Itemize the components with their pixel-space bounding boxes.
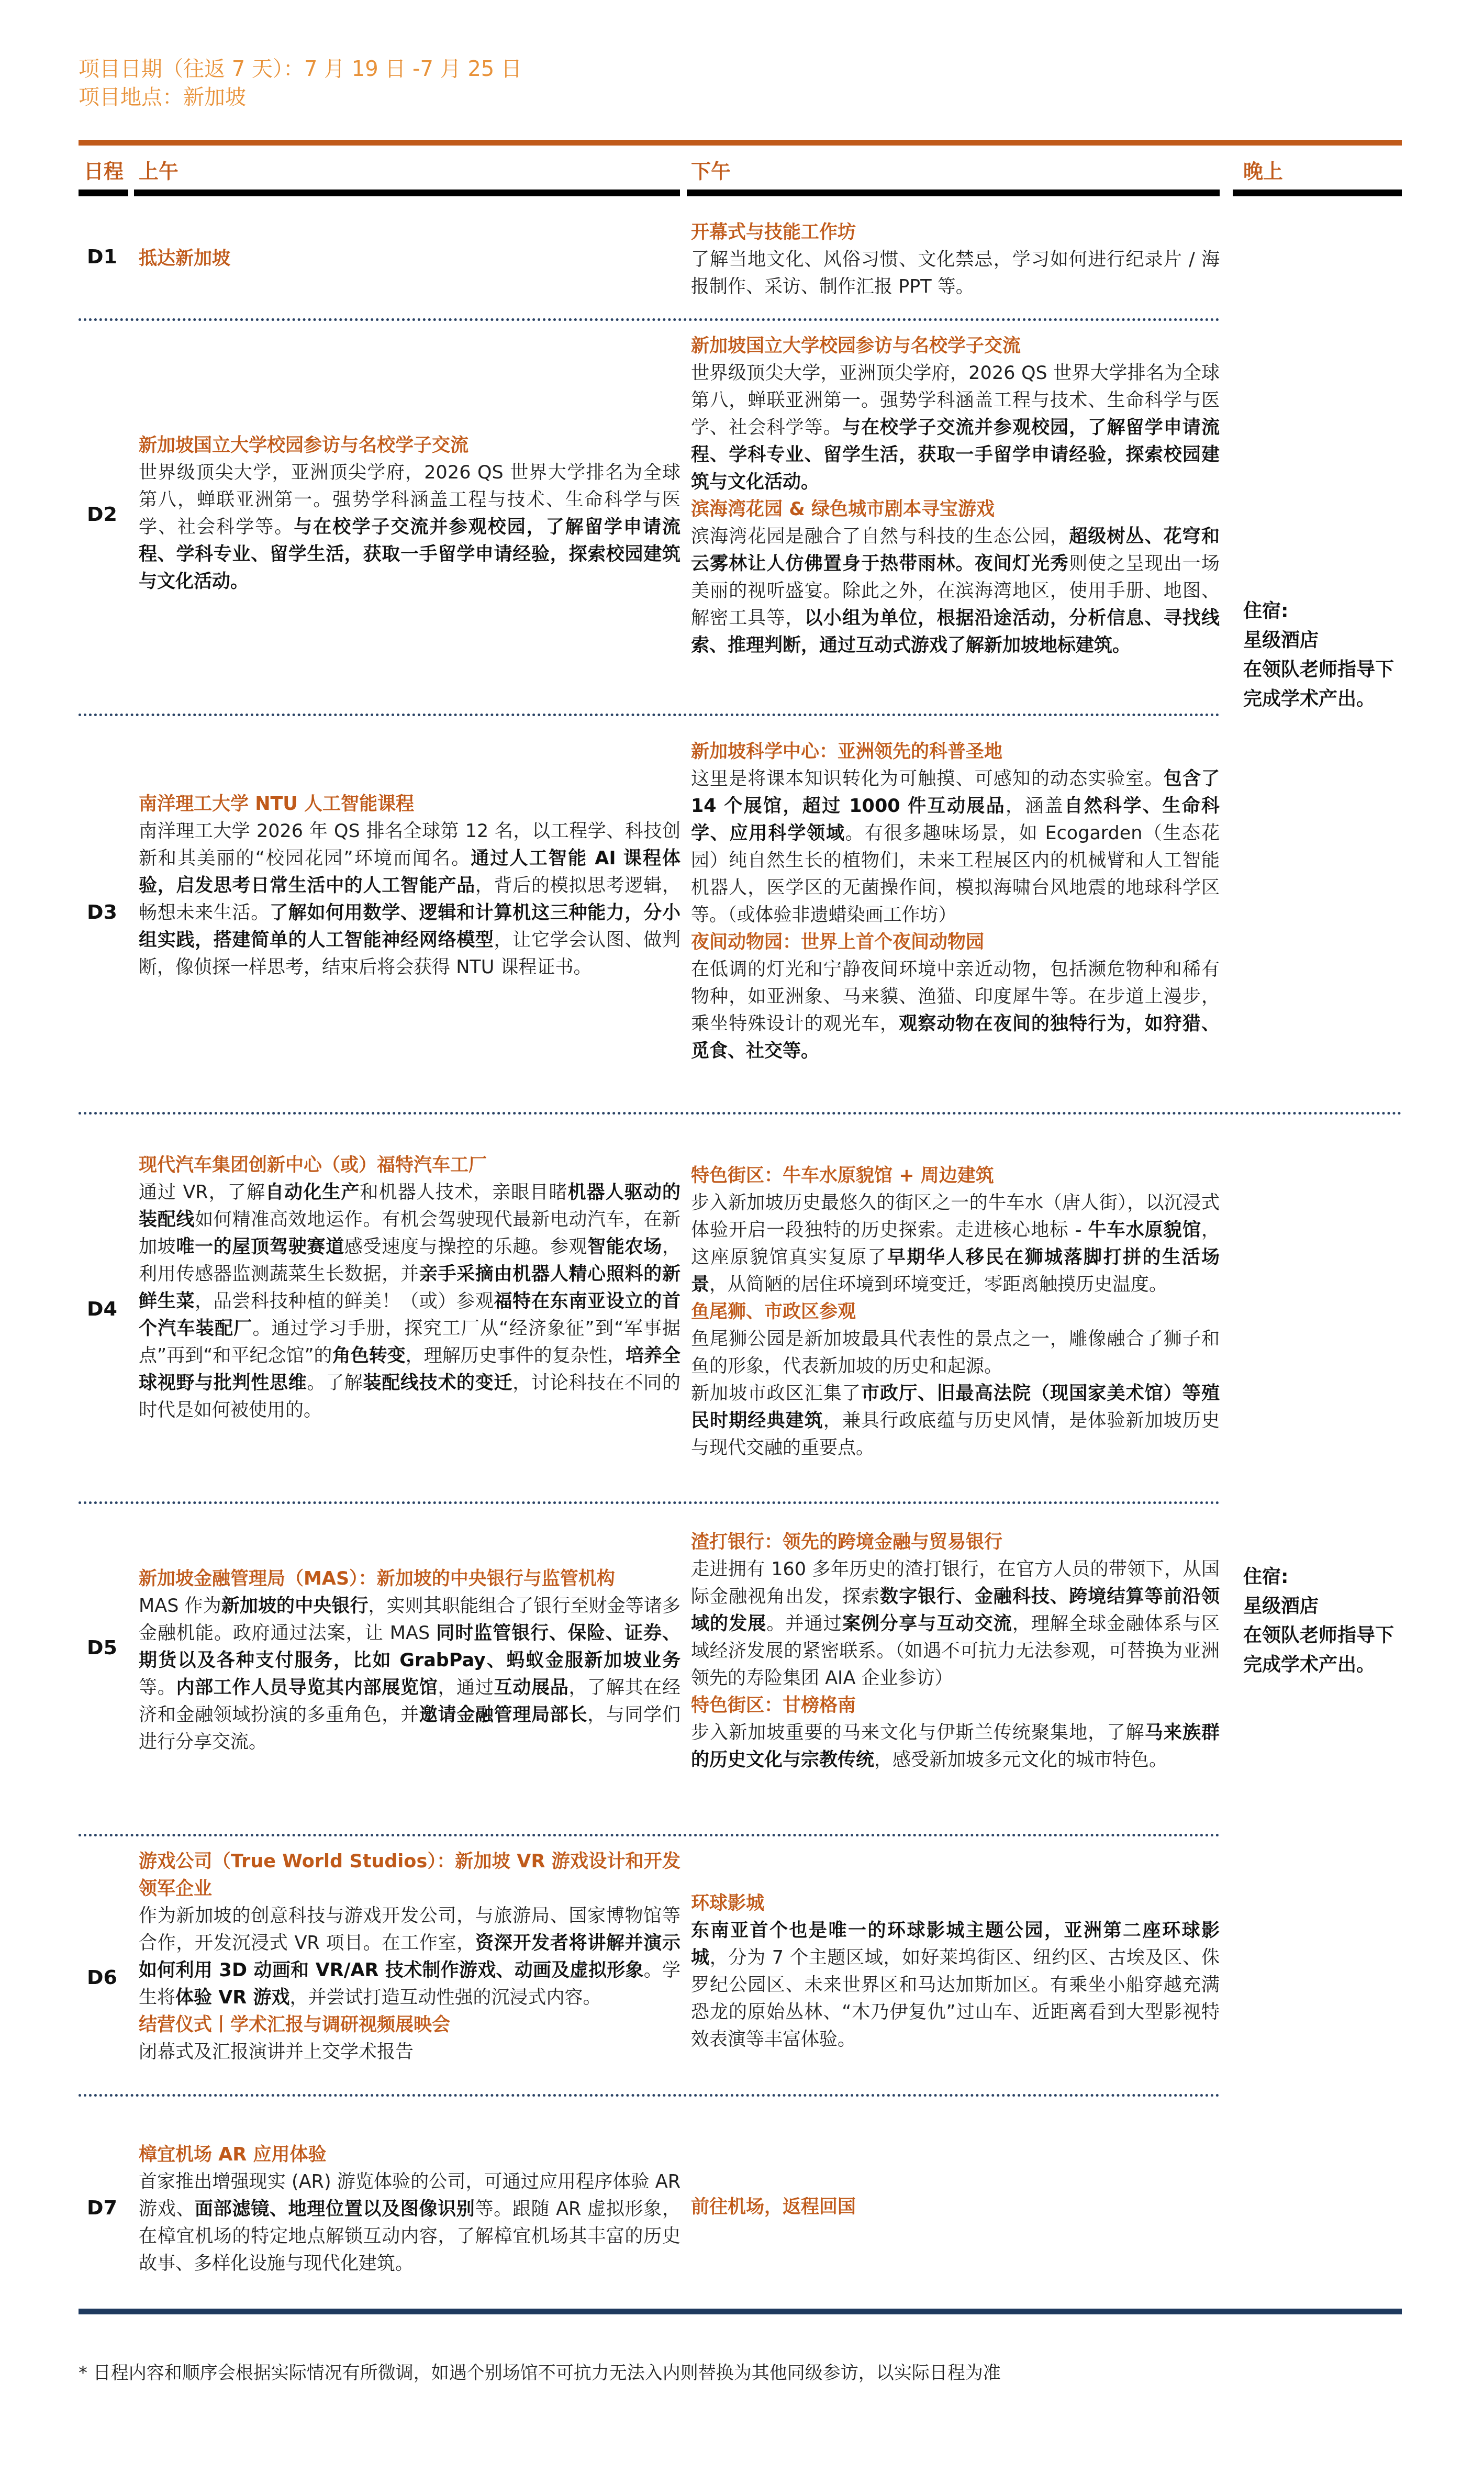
header-evening: 晚上 <box>1243 155 1283 184</box>
evening-accommodation-1: 住宿: 星级酒店 在领队老师指导下 完成学术产出。 <box>1243 597 1411 714</box>
footnote: * 日程内容和顺序会根据实际情况有所微调，如遇个别场馆不可抗力无法入内则替换为其… <box>79 2358 1001 2384</box>
desc-text: 。并通过 <box>766 1613 842 1634</box>
project-date: 项目日期（往返 7 天）：7 月 19 日 -7 月 25 日 <box>79 55 522 83</box>
row-divider <box>79 1834 1220 1836</box>
activity-desc: 通过 VR，了解自动化生产和机器人技术，亲眼目睹机器人驱动的装配线如何精准高效地… <box>139 1179 680 1424</box>
activity-desc: 南洋理工大学 2026 年 QS 排名全球第 12 名，以工程学、科技创新和其美… <box>139 818 680 981</box>
evening-task: 完成学术产出。 <box>1243 685 1411 714</box>
activity-title: 渣打银行：领先的跨境金融与贸易银行 <box>691 1529 1220 1556</box>
row-divider <box>79 2094 1220 2097</box>
activity-desc: 步入新加坡历史最悠久的街区之一的牛车水（唐人街），以沉浸式体验开启一段独特的历史… <box>691 1189 1220 1298</box>
bottom-bar <box>79 2309 1402 2314</box>
activity-title: 鱼尾狮、市政区参观 <box>691 1298 1220 1325</box>
activity-title: 前往机场，返程回国 <box>691 2193 1220 2221</box>
d1-morning: 抵达新加坡 <box>139 245 680 272</box>
d5-morning: 新加坡金融管理局（MAS）：新加坡的中央银行与监管机构 MAS 作为新加坡的中央… <box>139 1565 680 1756</box>
desc-text: 等。 <box>139 1677 176 1698</box>
desc-highlight: 装配线技术的变迁 <box>363 1373 513 1394</box>
day-label-d1: D1 <box>87 245 124 268</box>
activity-desc: 步入新加坡重要的马来文化与伊斯兰传统聚集地，了解马来族群的历史文化与宗教传统，感… <box>691 1719 1220 1774</box>
day-label-d4: D4 <box>87 1297 124 1320</box>
day-label-d5: D5 <box>87 1636 124 1659</box>
evening-task: 在领队老师指导下 <box>1243 1621 1411 1651</box>
row-divider <box>79 714 1220 716</box>
row-divider <box>79 1501 1220 1504</box>
desc-text: ，涵盖 <box>1006 796 1064 817</box>
day-label-d6: D6 <box>87 1966 124 1989</box>
activity-title: 特色街区：牛车水原貌馆 + 周边建筑 <box>691 1162 1220 1189</box>
activity-title: 现代汽车集团创新中心（或）福特汽车工厂 <box>139 1152 680 1179</box>
header-rule-evening <box>1233 190 1402 196</box>
hotel-type: 星级酒店 <box>1243 1592 1411 1621</box>
desc-highlight: 案例分享与互动交流 <box>842 1613 1012 1634</box>
day-label-d2: D2 <box>87 503 124 526</box>
activity-title: 新加坡国立大学校园参访与名校学子交流 <box>139 432 680 459</box>
activity-title: 南洋理工大学 NTU 人工智能课程 <box>139 790 680 818</box>
activity-title: 特色街区：甘榜格南 <box>691 1692 1220 1719</box>
activity-desc: 世界级顶尖大学，亚洲顶尖学府，2026 QS 世界大学排名为全球第八，蝉联亚洲第… <box>139 459 680 595</box>
desc-highlight: 内部工作人员导览其内部展览馆 <box>176 1677 438 1698</box>
activity-title: 樟宜机场 AR 应用体验 <box>139 2141 680 2168</box>
activity-desc: 滨海湾花园是融合了自然与科技的生态公园，超级树丛、花穹和云雾林让人仿佛置身于热带… <box>691 523 1220 659</box>
header-rule-day <box>79 190 128 196</box>
project-location: 项目地点：新加坡 <box>79 83 522 112</box>
header-day: 日程 <box>84 155 124 184</box>
d7-morning: 樟宜机场 AR 应用体验 首家推出增强现实 (AR) 游览体验的公司，可通过应用… <box>139 2141 680 2277</box>
d7-afternoon: 前往机场，返程回国 <box>691 2193 1220 2221</box>
header-rule-morning <box>134 190 680 196</box>
d4-afternoon: 特色街区：牛车水原貌馆 + 周边建筑 步入新加坡历史最悠久的街区之一的牛车水（唐… <box>691 1162 1220 1462</box>
hotel-type: 星级酒店 <box>1243 626 1411 655</box>
desc-text: ，并尝试打造互动性强的沉浸式内容。 <box>289 1987 601 2008</box>
desc-highlight: 新加坡的中央银行 <box>221 1596 369 1617</box>
desc-highlight: 角色转变 <box>332 1345 406 1366</box>
desc-text: 感受速度与操控的乐趣。参观 <box>344 1236 587 1257</box>
desc-highlight: 互动展品 <box>494 1677 569 1698</box>
d1-afternoon: 开幕式与技能工作坊 了解当地文化、风俗习惯、文化禁忌，学习如何进行纪录片 / 海… <box>691 219 1220 300</box>
top-accent-bar <box>79 140 1402 146</box>
day-label-d3: D3 <box>87 900 124 923</box>
d6-afternoon: 环球影城 东南亚首个也是唯一的环球影城主题公园，亚洲第二座环球影城，分为 7 个… <box>691 1890 1220 2053</box>
activity-title: 开幕式与技能工作坊 <box>691 219 1220 246</box>
desc-text: 。了解 <box>307 1373 363 1394</box>
desc-highlight: 体验 VR 游戏 <box>175 1987 289 2008</box>
evening-task: 完成学术产出。 <box>1243 1651 1411 1680</box>
desc-highlight: 智能农场 <box>587 1236 662 1257</box>
activity-desc: 首家推出增强现实 (AR) 游览体验的公司，可通过应用程序体验 AR 游戏、面部… <box>139 2168 680 2277</box>
activity-desc: 在低调的灯光和宁静夜间环境中亲近动物，包括濒危物种和稀有物种，如亚洲象、马来貘、… <box>691 956 1220 1065</box>
activity-desc: MAS 作为新加坡的中央银行，实则其职能组合了银行至财金等诸多金融机能。政府通过… <box>139 1592 680 1756</box>
activity-desc: 走进拥有 160 多年历史的渣打银行，在官方人员的带领下，从国际金融视角出发，探… <box>691 1556 1220 1692</box>
desc-text: ，从简陋的居住环境到环境变迁，零距离触摸历史温度。 <box>709 1274 1167 1295</box>
activity-desc: 新加坡市政区汇集了市政厅、旧最高法院（现国家美术馆）等殖民时期经典建筑，兼具行政… <box>691 1380 1220 1462</box>
desc-highlight: 唯一的屋顶驾驶赛道 <box>176 1236 344 1257</box>
row-divider <box>79 1112 1402 1115</box>
d6-morning: 游戏公司（True World Studios）：新加坡 VR 游戏设计和开发领… <box>139 1848 680 2066</box>
desc-highlight: 邀请金融管理局部长 <box>419 1705 587 1725</box>
desc-highlight: 牛车水原貌馆 <box>1088 1220 1201 1241</box>
evening-label: 住宿: <box>1243 597 1411 626</box>
evening-label: 住宿: <box>1243 1563 1411 1592</box>
desc-text: 这里是将课本知识转化为可触摸、可感知的动态实验室。 <box>691 768 1164 789</box>
header-afternoon: 下午 <box>691 155 731 184</box>
evening-accommodation-2: 住宿: 星级酒店 在领队老师指导下 完成学术产出。 <box>1243 1563 1411 1680</box>
desc-text: ，通过 <box>438 1677 494 1698</box>
desc-text: 通过 VR，了解 <box>139 1182 265 1203</box>
activity-title: 新加坡国立大学校园参访与名校学子交流 <box>691 332 1220 360</box>
d3-afternoon: 新加坡科学中心：亚洲领先的科普圣地 这里是将课本知识转化为可触摸、可感知的动态实… <box>691 738 1220 1065</box>
desc-text: 和机器人技术，亲眼目睹 <box>360 1182 568 1203</box>
activity-title: 游戏公司（True World Studios）：新加坡 VR 游戏设计和开发领… <box>139 1848 680 1902</box>
activity-title: 结营仪式丨学术汇报与调研视频展映会 <box>139 2011 680 2038</box>
desc-text: 滨海湾花园是融合了自然与科技的生态公园， <box>691 526 1069 547</box>
activity-desc: 世界级顶尖大学，亚洲顶尖学府，2026 QS 世界大学排名为全球第八，蝉联亚洲第… <box>691 360 1220 496</box>
desc-text: ，理解历史事件的复杂性， <box>406 1345 626 1366</box>
desc-text: MAS 作为 <box>139 1596 221 1617</box>
d5-afternoon: 渣打银行：领先的跨境金融与贸易银行 走进拥有 160 多年历史的渣打银行，在官方… <box>691 1529 1220 1774</box>
activity-desc: 东南亚首个也是唯一的环球影城主题公园，亚洲第二座环球影城，分为 7 个主题区域，… <box>691 1917 1220 2053</box>
desc-highlight: 面部滤镜、地理位置以及图像识别 <box>195 2199 475 2220</box>
activity-desc: 闭幕式及汇报演讲并上交学术报告 <box>139 2038 680 2066</box>
day-label-d7: D7 <box>87 2196 124 2219</box>
desc-text: ，品尝科技种植的鲜美！（或）参观 <box>195 1291 494 1312</box>
d4-morning: 现代汽车集团创新中心（或）福特汽车工厂 通过 VR，了解自动化生产和机器人技术，… <box>139 1152 680 1424</box>
activity-title: 夜间动物园：世界上首个夜间动物园 <box>691 929 1220 956</box>
row-divider <box>79 318 1220 321</box>
d3-morning: 南洋理工大学 NTU 人工智能课程 南洋理工大学 2026 年 QS 排名全球第… <box>139 790 680 981</box>
activity-desc: 了解当地文化、风俗习惯、文化禁忌，学习如何进行纪录片 / 海报制作、采访、制作汇… <box>691 246 1220 300</box>
header-morning: 上午 <box>139 155 178 184</box>
desc-text: ，感受新加坡多元文化的城市特色。 <box>874 1750 1167 1770</box>
activity-title: 抵达新加坡 <box>139 245 680 272</box>
d2-morning: 新加坡国立大学校园参访与名校学子交流 世界级顶尖大学，亚洲顶尖学府，2026 Q… <box>139 432 680 595</box>
d2-afternoon: 新加坡国立大学校园参访与名校学子交流 世界级顶尖大学，亚洲顶尖学府，2026 Q… <box>691 332 1220 659</box>
activity-title: 新加坡科学中心：亚洲领先的科普圣地 <box>691 738 1220 765</box>
desc-highlight: 自动化生产 <box>265 1182 360 1203</box>
activity-title: 新加坡金融管理局（MAS）：新加坡的中央银行与监管机构 <box>139 1565 680 1592</box>
evening-task: 在领队老师指导下 <box>1243 655 1411 685</box>
project-meta: 项目日期（往返 7 天）：7 月 19 日 -7 月 25 日 项目地点：新加坡 <box>79 55 522 112</box>
activity-desc: 这里是将课本知识转化为可触摸、可感知的动态实验室。包含了 14 个展馆，超过 1… <box>691 765 1220 929</box>
activity-desc: 鱼尾狮公园是新加坡最具代表性的景点之一，雕像融合了狮子和鱼的形象，代表新加坡的历… <box>691 1325 1220 1380</box>
desc-text: 新加坡市政区汇集了 <box>691 1383 861 1404</box>
desc-text: ，分为 7 个主题区域，如好莱坞街区、纽约区、古埃及区、侏罗纪公园区、未来世界区… <box>691 1947 1220 2050</box>
desc-text: 步入新加坡重要的马来文化与伊斯兰传统聚集地，了解 <box>691 1722 1145 1743</box>
header-rule-afternoon <box>687 190 1220 196</box>
activity-desc: 作为新加坡的创意科技与游戏开发公司，与旅游局、国家博物馆等合作，开发沉浸式 VR… <box>139 1902 680 2011</box>
activity-title: 环球影城 <box>691 1890 1220 1917</box>
activity-title: 滨海湾花园 & 绿色城市剧本寻宝游戏 <box>691 496 1220 523</box>
